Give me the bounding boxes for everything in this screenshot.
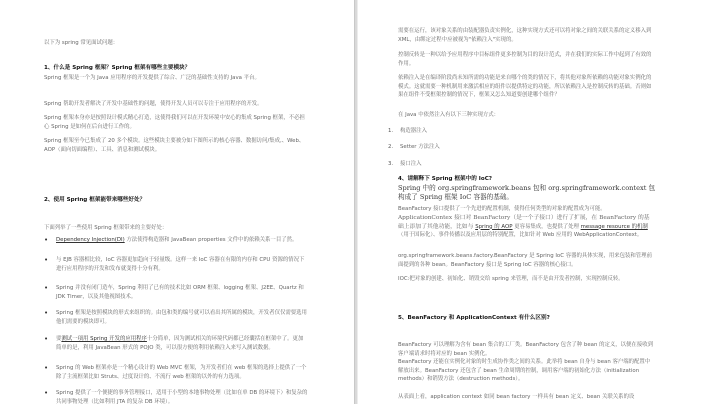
q5-paragraph-2: BeanFactory 还能在实例化对象的时生成协作类之间的关系。此举将 bea… (398, 358, 653, 384)
q5-paragraph-3: 从表面上看，application context 如同 bean factor… (398, 393, 653, 402)
bullet-icon: • (44, 389, 48, 397)
right-paragraph-3: 依赖注入是在编译阶段尚未知所需的功能是来自哪个的类的情况下，将其他对象所依赖的功… (398, 74, 653, 100)
question-2-heading: 2、使用 Spring 框架能带来哪些好处？ (44, 196, 145, 204)
q4-paragraph-4: IOC:把对象的创建、初始化、销毁交给 spring 来管理，而不是由开发者控制… (398, 275, 653, 284)
testing-spring-app-link[interactable]: 测试一项用 Spring 开发的应用程序 (61, 336, 147, 342)
spring-aop-link[interactable]: Spring 的 AOP (475, 224, 512, 230)
question-1-heading: 1、什么是 Spring 框架？Spring 框架有哪些主要模块？ (44, 64, 190, 72)
di-item-interface: 接口注入 (400, 160, 422, 169)
intro-text: 以下为 spring 常见面试问题： (44, 39, 118, 48)
q2-bullet-3: Spring 并没有闭门造车，Spring 利用了已有的技术比如 ORM 框架、… (56, 284, 308, 301)
q2-bullet-2: 与 EJB 容器相比较，IoC 容器更加趋向于轻量级。这样一来 IoC 容器在有… (56, 256, 308, 273)
bullet-icon: • (44, 364, 48, 372)
question-4-heading: 4、请解释下 Spring 框架中的 IoC? (398, 175, 492, 183)
q1-paragraph-3: Spring 框架本身亦是按照设计模式精心打造，这使得我们可以在开发环境中安心的… (44, 114, 306, 131)
list-number: 2. (388, 143, 393, 151)
right-paragraph-1: 需要在运行，该对象关系的由装配器负责实例化，这种实现方式还可以将对象之间的关联关… (398, 27, 653, 44)
q4-paragraph-2: ApplicationContex 接口对 BeanFactory（是一个子接口… (398, 214, 653, 240)
di-intro: 在 Java 中依然注入有以下三种实现方式： (398, 111, 499, 120)
q2-intro: 下面列举了一些使用 Spring 框架带来的主要好处： (44, 224, 314, 233)
bullet-icon: • (44, 309, 48, 317)
q1-paragraph-4: Spring 框架至今已集成了 20 多个模块。这些模块主要被分如下图所示的核心… (44, 137, 306, 154)
bullet-icon: • (44, 236, 48, 244)
q2-bullet-6: Spring 的 Web 框架亦是一个精心设计的 Web MVC 框架，为开发者… (56, 364, 308, 381)
document-page-right: 需要在运行，该对象关系的由装配器负责实例化，这种实现方式还可以将对象之间的关联关… (358, 0, 720, 404)
bullet-icon: • (44, 284, 48, 292)
q1-paragraph-1: Spring 框架是一个为 Java 应用程序的开发提供了综合、广泛的基础性支持… (44, 74, 314, 83)
list-number: 3. (388, 160, 393, 168)
dependency-injection-link[interactable]: Dependency Injection(DI) (56, 237, 125, 243)
message-resource-link[interactable]: message resource 的机制 (581, 224, 648, 230)
q2-bullet-7: Spring 提供了一个便捷的事务管理接口，适用于小型的本地事物处理（比如在单 … (56, 389, 308, 404)
q2-bullet-1: Dependency Injection(DI) 方法使得构造器和 JavaBe… (56, 236, 308, 245)
document-page-left: 以下为 spring 常见面试问题： 1、什么是 Spring 框架？Sprin… (0, 0, 354, 404)
list-number: 1. (388, 127, 393, 135)
di-item-setter: Setter 方法注入 (400, 143, 440, 152)
q5-paragraph-1: BeanFactory 可以理解为含有 bean 集合的工厂类。BeanFact… (398, 341, 653, 358)
q2-bullet-4: Spring 框架是按照模块的形式来组织的。由包和类的编号就可以看出其所属的模块… (56, 309, 308, 326)
q2-bullet-5: 要测试一项用 Spring 开发的应用程序十分简单，因为测试相关的环境代码都已经… (56, 335, 308, 352)
di-item-constructor: 构造器注入 (400, 127, 427, 136)
q4-line-1: Spring 中的 org.springframework.beans 包和 o… (398, 184, 663, 193)
bullet-icon: • (44, 335, 48, 343)
q4-paragraph-3: org.springframework.beans.factory.BeanFa… (398, 252, 653, 269)
q4-paragraph-1: BeanFactory 接口提供了一个先进的配置机制，使得任何类型的对象的配置成… (398, 205, 653, 214)
bullet-icon: • (44, 256, 48, 264)
q1-paragraph-2: Spring 帮助开发者解决了开发中基础性的问题，使得开发人员可以专注于应用程序… (44, 100, 314, 109)
question-5-heading: 5、BeanFactory 和 ApplicationContext 有什么区别… (398, 314, 550, 322)
q4-line-2: 构成了 Spring 框架 IoC 容器的基础。 (398, 193, 663, 202)
right-paragraph-2: 控制反转是一种以给予应用程序中目标组件更多控制为目的设计范式，并在我们的实际工作… (398, 51, 653, 68)
